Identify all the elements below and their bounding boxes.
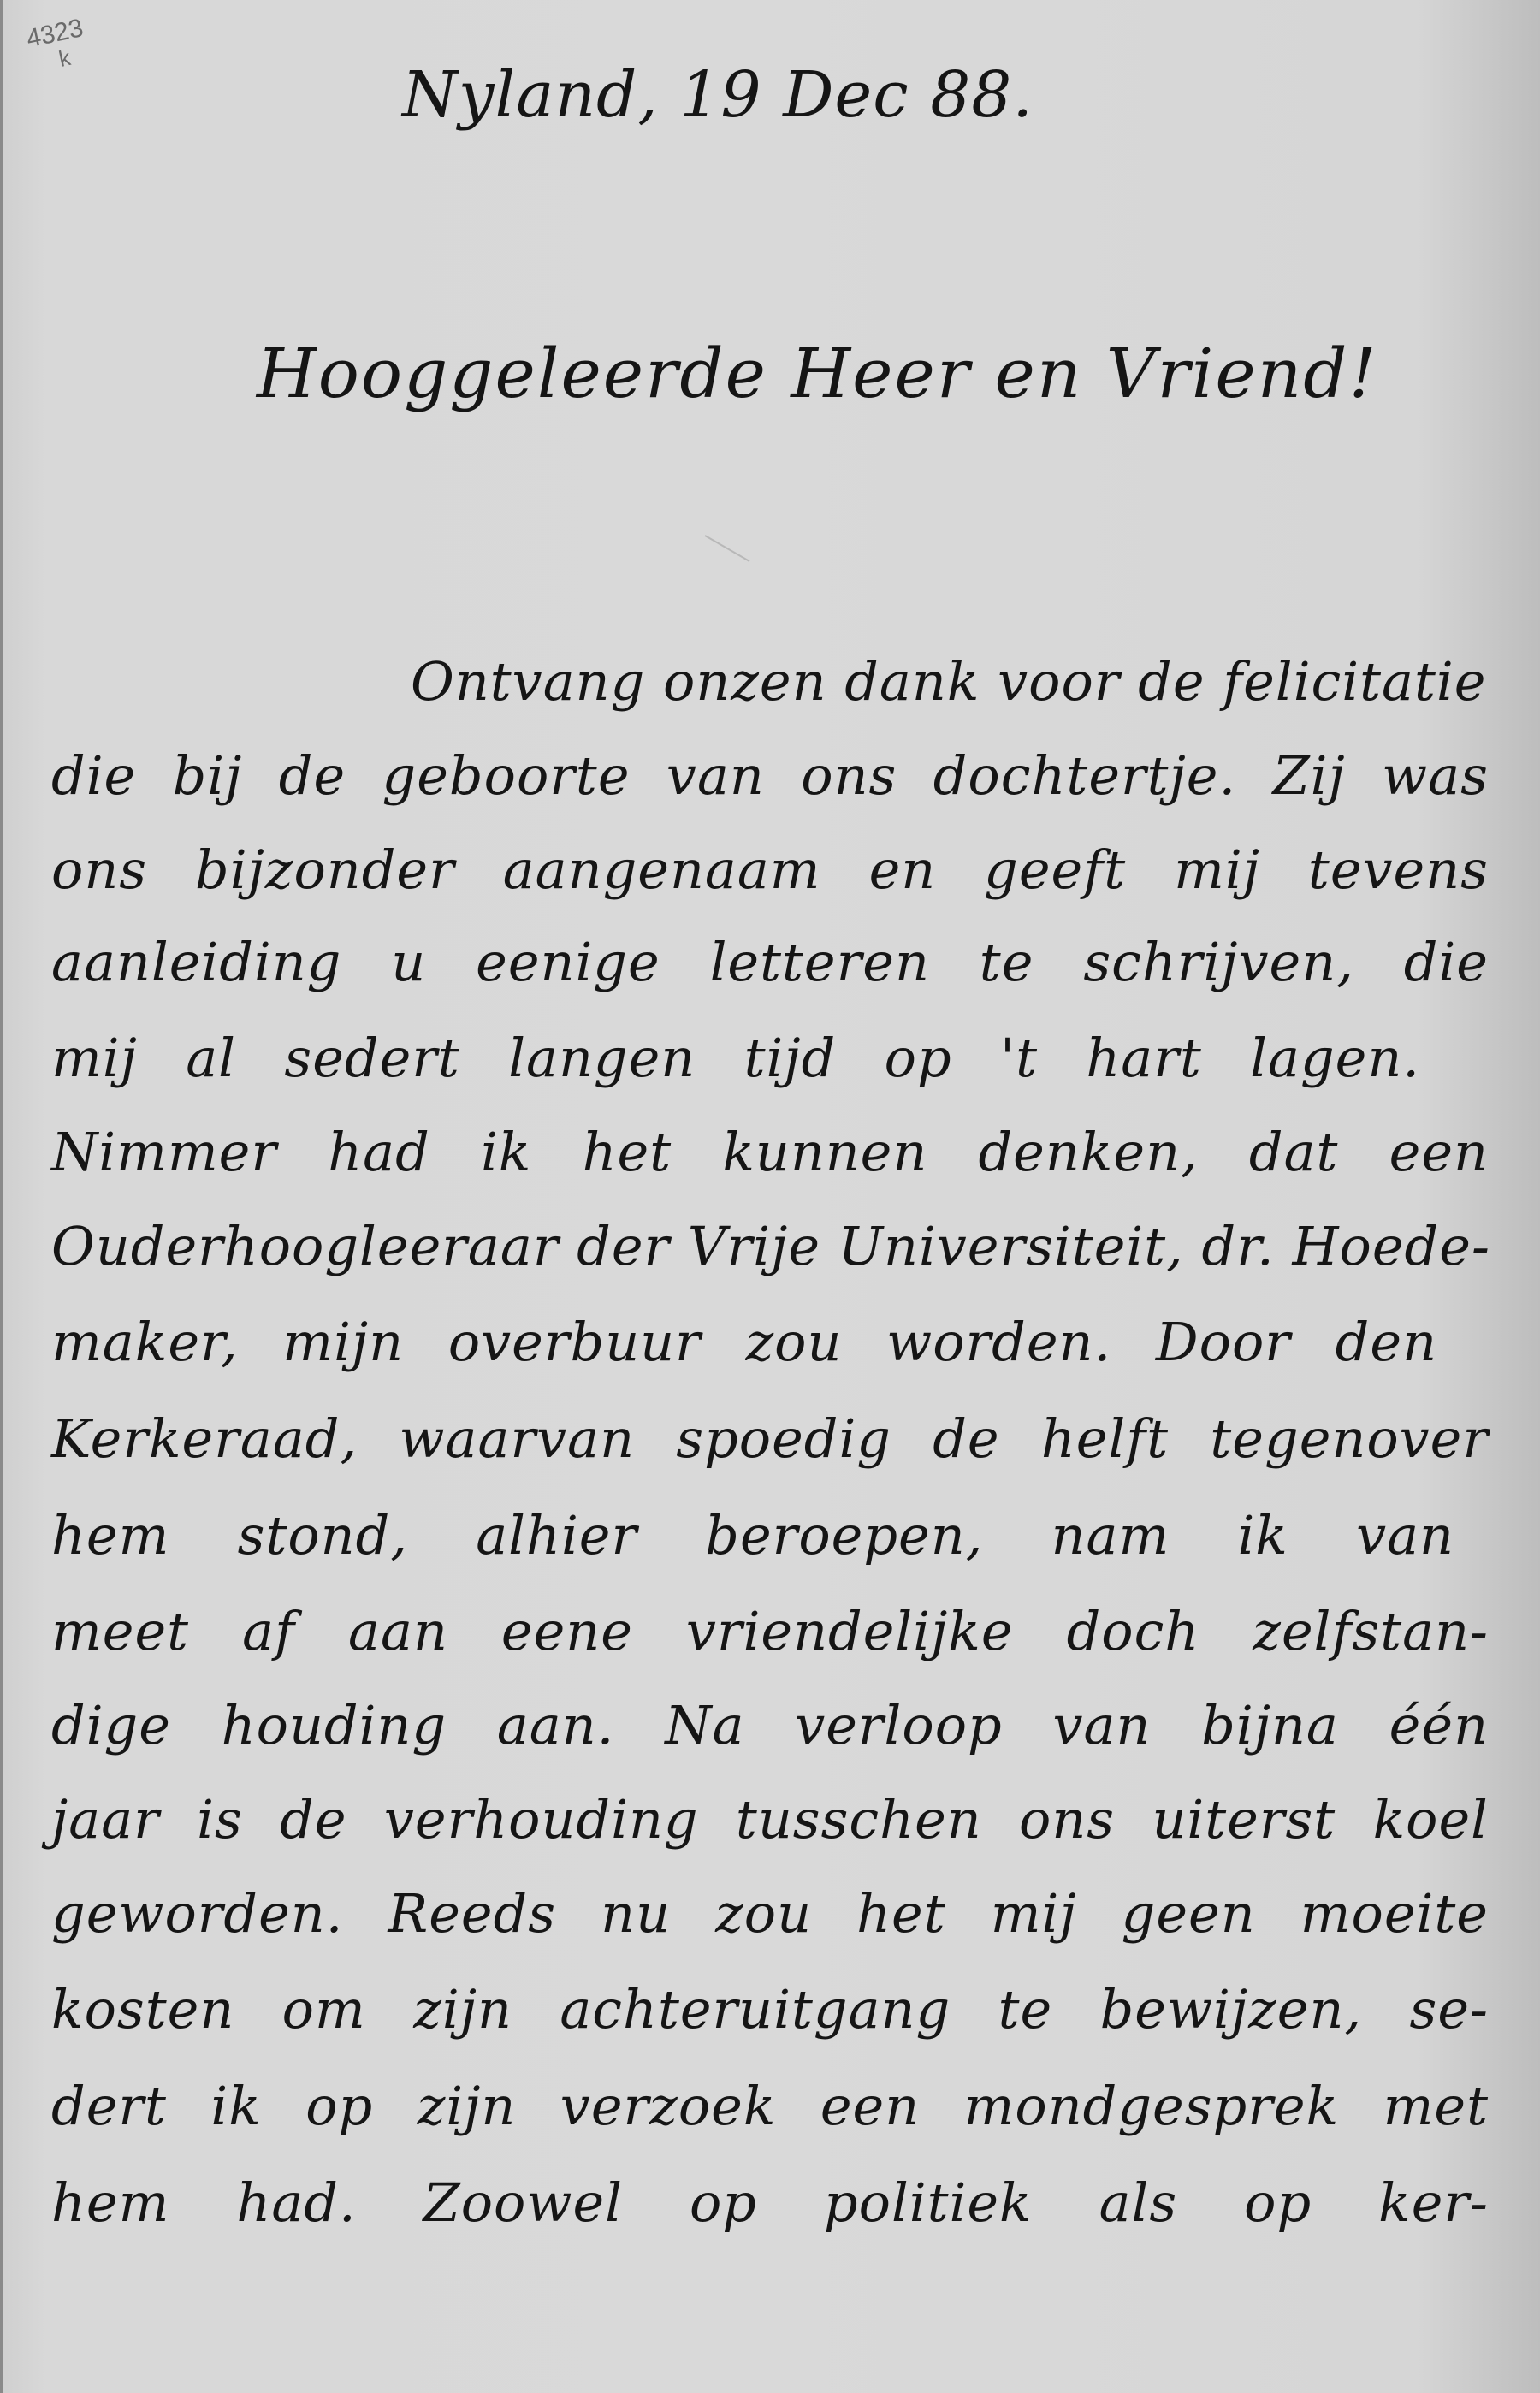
body-line: Ouderhoogleeraar der Vrije Universiteit,…: [51, 1215, 1489, 1277]
salutation: Hooggeleerde Heer en Vriend!: [257, 334, 1378, 413]
body-line: geworden. Reeds nu zou het mij geen moei…: [51, 1882, 1489, 1945]
body-line: hem had. Zoowel op politiek als op ker-: [51, 2171, 1489, 2234]
page-edge: [0, 0, 3, 2393]
body-line: Ontvang onzen dank voor de felicitatie: [411, 650, 1489, 713]
letter-page: 4323 k Nyland, 19 Dec 88. Hooggeleerde H…: [0, 0, 1540, 2393]
body-line: meet af aan eene vriendelijke doch zelfs…: [51, 1600, 1489, 1662]
body-line: die bij de geboorte van ons dochtertje. …: [51, 744, 1489, 807]
body-line: maker, mijn overbuur zou worden. Door de…: [51, 1311, 1437, 1373]
body-line: ons bijzonder aangenaam en geeft mij tev…: [51, 838, 1489, 901]
paper-mark: [705, 535, 750, 562]
body-line: mij al sedert langen tijd op 't hart lag…: [51, 1027, 1420, 1089]
body-line: dert ik op zijn verzoek een mondgesprek …: [51, 2075, 1489, 2137]
body-line: Nimmer had ik het kunnen denken, dat een: [51, 1121, 1489, 1183]
body-line: aanleiding u eenige letteren te schrijve…: [51, 931, 1489, 993]
body-line: hem stond, alhier beroepen, nam ik van: [51, 1504, 1454, 1567]
body-line: Kerkeraad, waarvan spoedig de helft tege…: [51, 1407, 1489, 1470]
body-line: jaar is de verhouding tusschen ons uiter…: [51, 1788, 1489, 1851]
body-line: dige houding aan. Na verloop van bijna é…: [51, 1694, 1489, 1756]
archive-mark: 4323 k: [24, 14, 91, 77]
date-line: Nyland, 19 Dec 88.: [402, 58, 1034, 132]
body-line: kosten om zijn achteruitgang te bewijzen…: [51, 1978, 1489, 2041]
